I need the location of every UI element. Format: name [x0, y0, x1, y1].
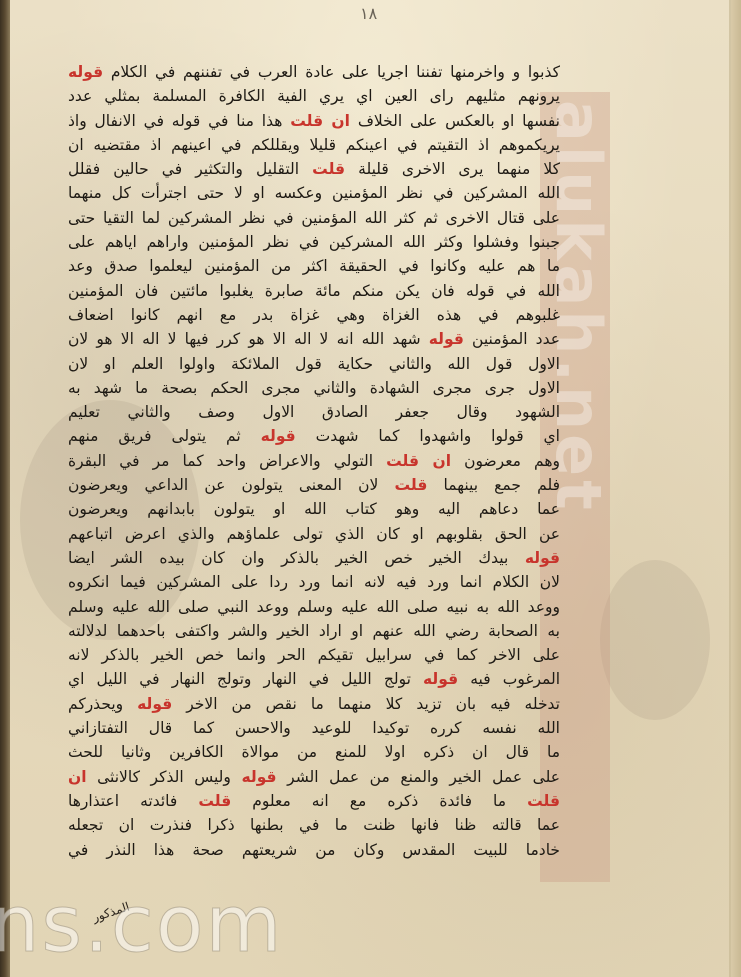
text-line: على عمل الخير والمنع من عمل الشر قوله ول…: [68, 765, 560, 789]
line-text: الله في قوله فان يكن منكم مائة صابرة يغل…: [68, 282, 560, 300]
binding-edge: [0, 0, 10, 977]
text-line: ما قال ان ذكره اولا للمنع من موالاة الكا…: [68, 740, 560, 764]
text-line: عن الحق بقلوبهم او كان الذي تولى علماؤهم…: [68, 522, 560, 546]
rubric-keyword: قوله: [68, 63, 103, 81]
rubric-keyword: قوله: [423, 670, 458, 688]
line-text: نفسها او بالعكس على الخلاف: [350, 112, 560, 130]
text-line: يريكموهم اذ التقيتم في اعينكم قليلا ويقل…: [68, 133, 560, 157]
line-text: يريكموهم اذ التقيتم في اعينكم قليلا ويقل…: [68, 136, 560, 154]
line-text: الشهود وقال جعفر الصادق الاول وصف والثان…: [68, 403, 560, 421]
line-text: على عمل الخير والمنع من عمل الشر: [277, 768, 560, 786]
line-text: ما قال ان ذكره اولا للمنع من موالاة الكا…: [68, 743, 560, 761]
text-line: كذبوا و واخرمنها تفننا اجريا على عادة ال…: [68, 60, 560, 84]
line-text: بيدك الخير خص الخير بالذكر وان كان بيده …: [68, 549, 525, 567]
rubric-keyword: قوله: [429, 330, 464, 348]
line-text: ويحذركم: [68, 695, 137, 713]
page-number: ١٨: [360, 4, 377, 23]
text-line: الله في قوله فان يكن منكم مائة صابرة يغل…: [68, 279, 560, 303]
text-line: ووعد الله به نبيه صلى الله عليه وسلم ووع…: [68, 595, 560, 619]
text-line: فلم جمع بينهما قلت لان المعنى يتولون عن …: [68, 473, 560, 497]
page-edge-shadow: [731, 0, 741, 977]
text-line: ما هم عليه وكانوا في الحقيقة اكثر من الم…: [68, 254, 560, 278]
text-line: الاول قول الله والثاني حكاية قول الملائك…: [68, 352, 560, 376]
line-text: عدد المؤمنين: [464, 330, 560, 348]
line-text: خادما للبيت المقدس وكان من شريعتهم صحة ه…: [68, 841, 560, 859]
line-text: التولي والاعراض واحد كما مر في البقرة: [68, 452, 386, 470]
line-text: ثم يتولى فريق منهم: [68, 427, 261, 445]
line-text: فلم جمع بينهما: [427, 476, 560, 494]
line-text: عن الحق بقلوبهم او كان الذي تولى علماؤهم…: [68, 525, 560, 543]
line-text: ووعد الله به نبيه صلى الله عليه وسلم ووع…: [68, 598, 560, 616]
text-line: عدد المؤمنين قوله شهد الله انه لا اله ال…: [68, 327, 560, 351]
line-text: اي قولوا واشهدوا كما شهدت: [296, 427, 560, 445]
text-line: عما دعاهم اليه وهو كتاب الله او يتولون ب…: [68, 497, 560, 521]
text-line: به الصحابة رضي الله عنهم او اراد الخير و…: [68, 619, 560, 643]
paper-stain: [600, 560, 710, 720]
line-text: التقليل والتكثير في حالين فقلل: [68, 160, 312, 178]
text-line: غلبوهم في هذه الغزاة وهي غزاة بدر مع انه…: [68, 303, 560, 327]
text-line: قلت ما فائدة ذكره مع انه معلوم قلت فائدت…: [68, 789, 560, 813]
text-line: خادما للبيت المقدس وكان من شريعتهم صحة ه…: [68, 838, 560, 862]
rubric-keyword: قلت: [394, 476, 427, 494]
rubric-keyword: ان قلت: [386, 452, 451, 470]
line-text: الله نفسه كرره توكيدا للوعيد والاحسن كما…: [68, 719, 560, 737]
rubric-keyword: ان: [68, 768, 87, 786]
line-text: تولج الليل في النهار وتولج النهار في الل…: [68, 670, 423, 688]
rubric-keyword: قلت: [198, 792, 231, 810]
line-text: على قتال الاخرى ثم كثر الله المؤمنين في …: [68, 209, 560, 227]
line-text: على الاخر كما في سرابيل تقيكم الحر وانما…: [68, 646, 560, 664]
line-text: ما فائدة ذكره مع انه معلوم: [231, 792, 527, 810]
rubric-keyword: ان قلت: [290, 112, 350, 130]
text-line: على الاخر كما في سرابيل تقيكم الحر وانما…: [68, 643, 560, 667]
line-text: به الصحابة رضي الله عنهم او اراد الخير و…: [68, 622, 560, 640]
line-text: الاول قول الله والثاني حكاية قول الملائك…: [68, 355, 560, 373]
line-text: فائدته اعتذارها: [68, 792, 198, 810]
text-line: جبنوا وفشلوا وكثر الله المشركين في نظر ا…: [68, 230, 560, 254]
text-line: الله نفسه كرره توكيدا للوعيد والاحسن كما…: [68, 716, 560, 740]
text-line: على قتال الاخرى ثم كثر الله المؤمنين في …: [68, 206, 560, 230]
line-text: تدخله فيه بان تزيد كلا منهما ما نقص من ا…: [172, 695, 560, 713]
text-line: كلا منهما يرى الاخرى قليلة قلت التقليل و…: [68, 157, 560, 181]
line-text: وليس الذكر كالانثى: [87, 768, 242, 786]
text-line: عما قالته ظنا فانها ظنت ما في بطنها ذكرا…: [68, 813, 560, 837]
line-text: عما قالته ظنا فانها ظنت ما في بطنها ذكرا…: [68, 816, 560, 834]
watermark-bottom-text: ns.com: [0, 880, 283, 970]
text-line: وهم معرضون ان قلت التولي والاعراض واحد ك…: [68, 449, 560, 473]
text-line: يرونهم مثليهم راى العين اي يري الفية الك…: [68, 84, 560, 108]
rubric-keyword: قوله: [261, 427, 296, 445]
rubric-keyword: قوله: [241, 768, 276, 786]
rubric-keyword: قلت: [312, 160, 345, 178]
line-text: الله المشركين في نظر المؤمنين وعكسه او ل…: [68, 184, 560, 202]
line-text: يرونهم مثليهم راى العين اي يري الفية الك…: [68, 87, 560, 105]
text-line: المرغوب فيه قوله تولج الليل في النهار وت…: [68, 667, 560, 691]
text-line: الشهود وقال جعفر الصادق الاول وصف والثان…: [68, 400, 560, 424]
line-text: لان الكلام انما ورد فيه لانه انما ورد رد…: [68, 573, 560, 591]
line-text: شهد الله انه لا اله الا هو كرر فيها لا ا…: [68, 330, 429, 348]
line-text: الاول جرى مجرى الشهادة والثاني مجرى الحك…: [68, 379, 560, 397]
text-line: قوله بيدك الخير خص الخير بالذكر وان كان …: [68, 546, 560, 570]
line-text: وهم معرضون: [451, 452, 560, 470]
text-line: الاول جرى مجرى الشهادة والثاني مجرى الحك…: [68, 376, 560, 400]
text-line: تدخله فيه بان تزيد كلا منهما ما نقص من ا…: [68, 692, 560, 716]
text-line: الله المشركين في نظر المؤمنين وعكسه او ل…: [68, 181, 560, 205]
line-text: لان المعنى يتولون عن الداعي ويعرضون: [68, 476, 394, 494]
line-text: كلا منهما يرى الاخرى قليلة: [345, 160, 560, 178]
manuscript-text-block: كذبوا و واخرمنها تفننا اجريا على عادة ال…: [68, 60, 560, 862]
text-line: نفسها او بالعكس على الخلاف ان قلت هذا من…: [68, 109, 560, 133]
line-text: عما دعاهم اليه وهو كتاب الله او يتولون ب…: [68, 500, 560, 518]
rubric-keyword: قوله: [137, 695, 172, 713]
line-text: كذبوا و واخرمنها تفننا اجريا على عادة ال…: [103, 63, 560, 81]
line-text: غلبوهم في هذه الغزاة وهي غزاة بدر مع انه…: [68, 306, 560, 324]
rubric-keyword: قلت: [527, 792, 560, 810]
text-line: اي قولوا واشهدوا كما شهدت قوله ثم يتولى …: [68, 424, 560, 448]
rubric-keyword: قوله: [525, 549, 560, 567]
line-text: المرغوب فيه: [458, 670, 560, 688]
line-text: ما هم عليه وكانوا في الحقيقة اكثر من الم…: [68, 257, 560, 275]
text-line: لان الكلام انما ورد فيه لانه انما ورد رد…: [68, 570, 560, 594]
line-text: هذا منا في قوله في الانفال واذ: [68, 112, 290, 130]
line-text: جبنوا وفشلوا وكثر الله المشركين في نظر ا…: [68, 233, 560, 251]
